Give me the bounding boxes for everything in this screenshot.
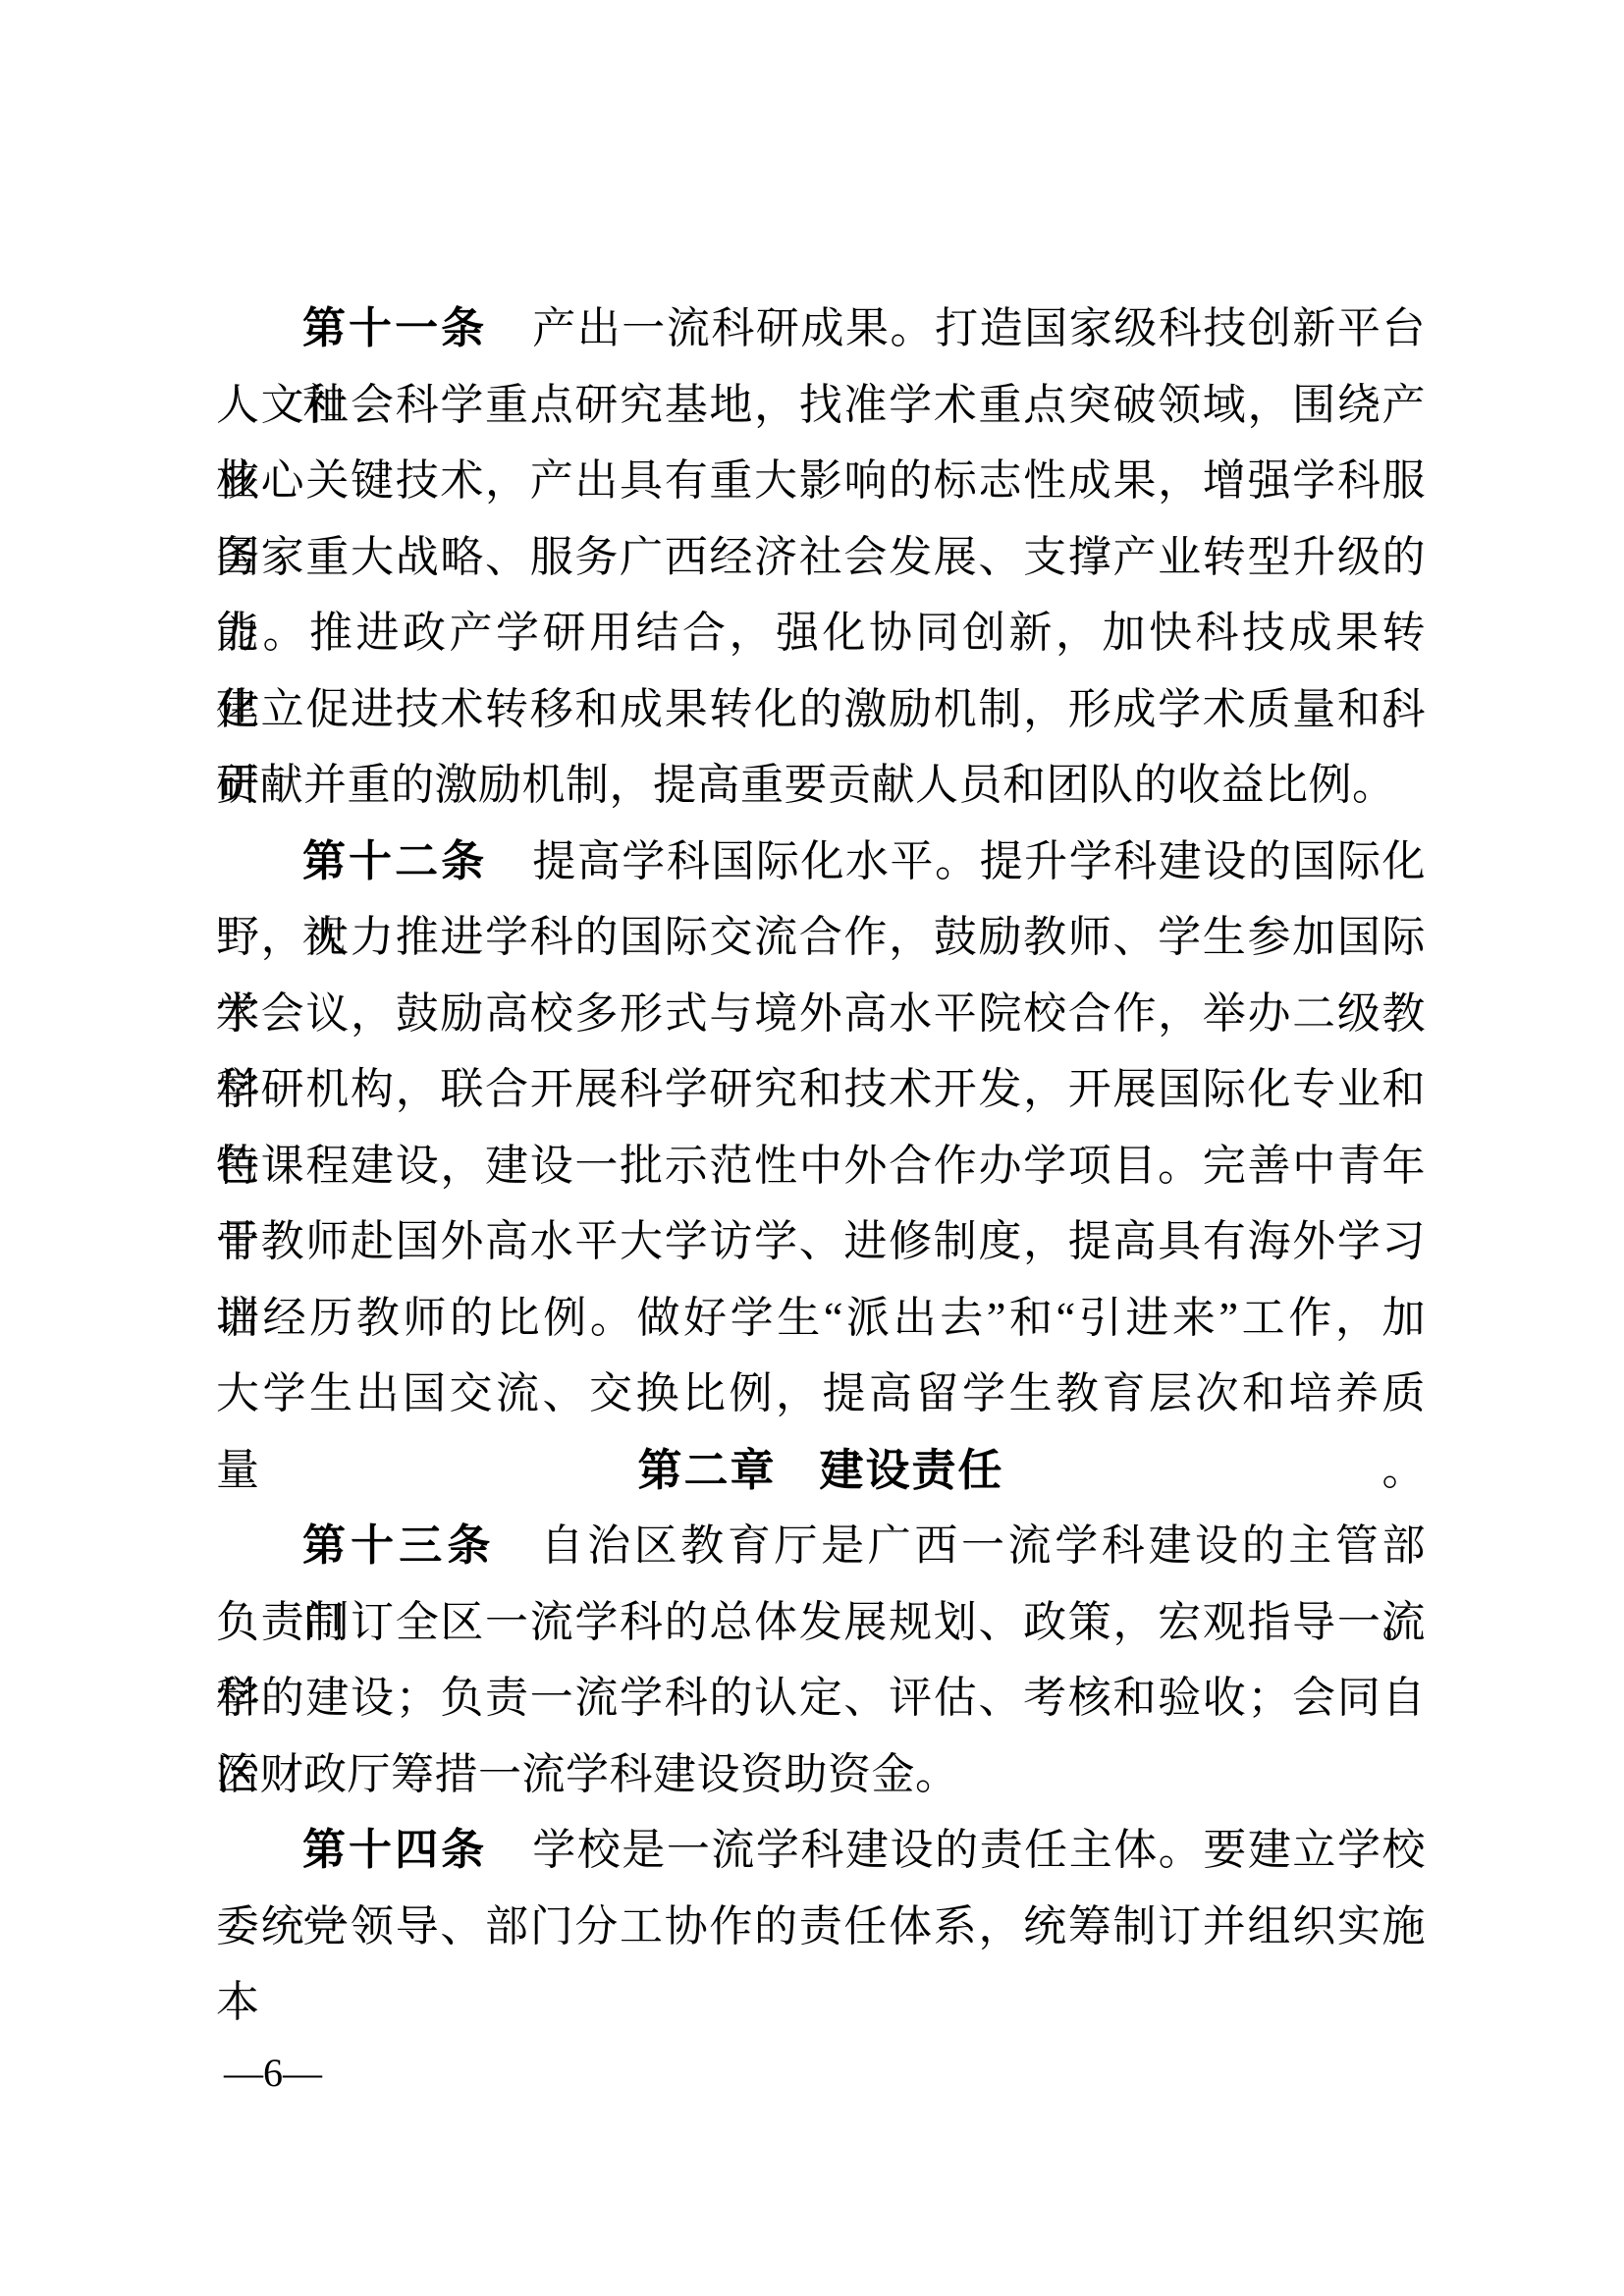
text-line: 术会议，鼓励高校多形式与境外高水平院校合作，举办二级教学 xyxy=(216,976,1426,1052)
text-line: 第十二条提高学科国际化水平。提升学科建设的国际化视 xyxy=(216,824,1426,900)
text-line: 第十三条自治区教育厅是广西一流学科建设的主管部门。 xyxy=(216,1508,1426,1584)
article-number: 第十四条 xyxy=(302,1826,487,1874)
text-line: 核心关键技术，产出具有重大影响的标志性成果，增强学科服务 xyxy=(216,443,1426,519)
chapter-number: 第二章 xyxy=(637,1445,776,1495)
article-number: 第十三条 xyxy=(302,1522,495,1570)
text-line: 委统一领导、部门分工协作的责任体系，统筹制订并组织实施本 xyxy=(216,1889,1426,1965)
chapter-title: 建设责任 xyxy=(820,1445,1004,1495)
text-line: 国家重大战略、服务广西经济社会发展、支撑产业转型升级的能 xyxy=(216,519,1426,596)
text-line: 色课程建设，建设一批示范性中外合作办学项目。完善中青年骨 xyxy=(216,1128,1426,1204)
line-text: 贡献并重的激励机制，提高重要贡献人员和团队的收益比例。 xyxy=(216,761,1396,809)
text-line: 科研机构，联合开展科学研究和技术开发，开展国际化专业和特 xyxy=(216,1051,1426,1128)
line-text: 委统一领导、部门分工协作的责任体系，统筹制订并组织实施本 xyxy=(216,1902,1426,2027)
text-line: 负责制订全区一流学科的总体发展规划、政策，宏观指导一流学 xyxy=(216,1584,1426,1661)
line-text: 训经历教师的比例。做好学生“派出去”和“引进来”工作，加 xyxy=(216,1294,1426,1342)
text-line: 干教师赴国外高水平大学访学、进修制度，提高具有海外学习培 xyxy=(216,1203,1426,1280)
text-line: 力。推进政产学研用结合，强化协同创新，加快科技成果转化。 xyxy=(216,595,1426,671)
article-number: 第十二条 xyxy=(302,837,487,885)
document-body: 第十一条产出一流科研成果。打造国家级科技创新平台和人文社会科学重点研究基地，找准… xyxy=(216,291,1426,1964)
article-number: 第十一条 xyxy=(302,304,487,352)
text-line: 贡献并重的激励机制，提高重要贡献人员和团队的收益比例。 xyxy=(216,747,1426,824)
text-line: 科的建设；负责一流学科的认定、评估、考核和验收；会同自治 xyxy=(216,1660,1426,1736)
text-line: 区财政厅筹措一流学科建设资助资金。 xyxy=(216,1736,1426,1813)
text-line: 野，大力推进学科的国际交流合作，鼓励教师、学生参加国际学 xyxy=(216,899,1426,976)
text-line: 第十一条产出一流科研成果。打造国家级科技创新平台和 xyxy=(216,291,1426,367)
text-line: 训经历教师的比例。做好学生“派出去”和“引进来”工作，加 xyxy=(216,1280,1426,1357)
text-line: 人文社会科学重点研究基地，找准学术重点突破领域，围绕产业 xyxy=(216,367,1426,444)
document-page: 第十一条产出一流科研成果。打造国家级科技创新平台和人文社会科学重点研究基地，找准… xyxy=(0,0,1624,2296)
text-line: 第十四条学校是一流学科建设的责任主体。要建立学校党 xyxy=(216,1812,1426,1889)
line-text: 区财政厅筹措一流学科建设资助资金。 xyxy=(216,1750,959,1798)
page-number: —6— xyxy=(224,2052,322,2095)
text-line: 大学生出国交流、交换比例，提高留学生教育层次和培养质量。 xyxy=(216,1356,1426,1432)
text-line: 建立促进技术转移和成果转化的激励机制，形成学术质量和科研 xyxy=(216,671,1426,748)
